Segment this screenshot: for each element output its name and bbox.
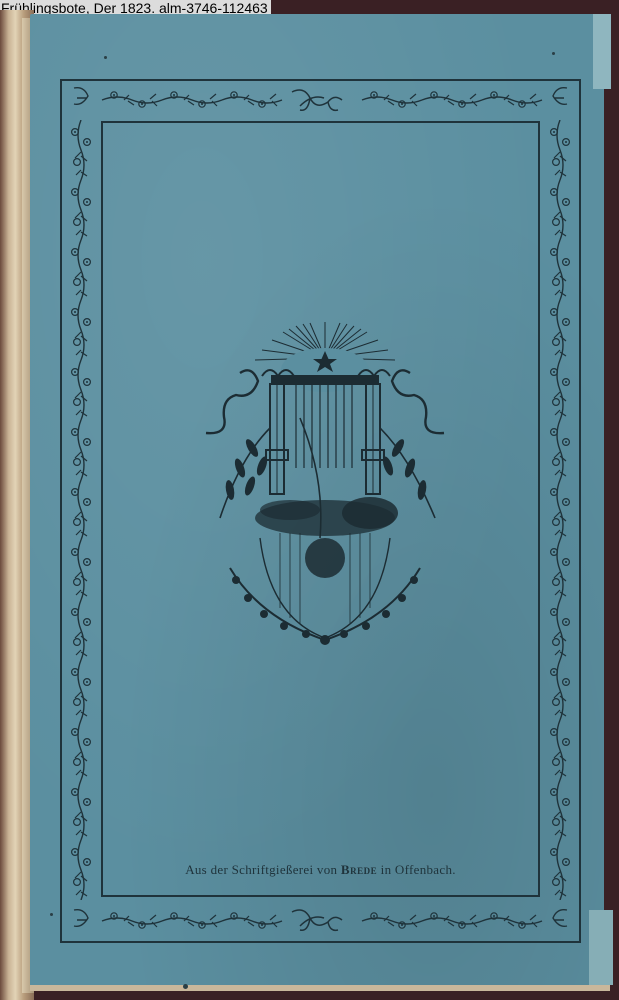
imprint-suffix: in Offenbach. bbox=[381, 862, 456, 877]
speck bbox=[104, 56, 107, 59]
floral-vine-icon bbox=[72, 904, 569, 938]
lyre-arch-emblem bbox=[200, 318, 450, 648]
emblem-icon bbox=[200, 318, 450, 648]
speck bbox=[50, 913, 53, 916]
cover-tear-top-right bbox=[593, 14, 611, 89]
imprint-printer: Brede bbox=[341, 862, 377, 877]
cover-bottom-edge bbox=[30, 985, 610, 991]
imprint-prefix: Aus der Schriftgießerei von bbox=[185, 862, 337, 877]
speck bbox=[183, 984, 188, 989]
floral-vine-icon bbox=[64, 120, 98, 900]
floral-vine-icon bbox=[543, 120, 577, 900]
floral-vine-icon bbox=[72, 84, 569, 116]
speck bbox=[552, 52, 555, 55]
printer-imprint: Aus der Schriftgießerei von Brede in Off… bbox=[101, 862, 540, 878]
floral-border-bottom bbox=[72, 904, 569, 938]
floral-border-right bbox=[543, 120, 577, 900]
floral-border-left bbox=[64, 120, 98, 900]
cover-tear-bottom-right bbox=[589, 910, 613, 985]
floral-border-top bbox=[72, 84, 569, 116]
